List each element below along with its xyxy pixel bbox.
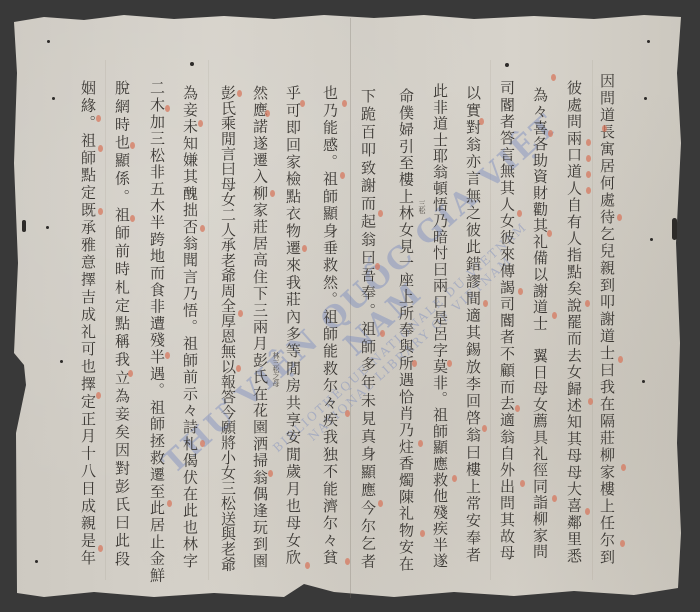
text-column-13: 為妾未知嫌其醜拙否翁聞言乃悟。祖師前示々詩札偈伏在此也林字: [182, 85, 198, 569]
text-column-7: 命僕婦引至樓上林女見一座上所奉與所遇恰肖乃炷香燭陳礼物安在: [398, 88, 414, 572]
text-column-1: 因問道長寓居何處待乞兒親到叩謝道士曰我在隔莊柳家樓上任尔到: [599, 73, 615, 566]
red-ink-mark: [128, 370, 133, 377]
red-ink-mark: [518, 288, 523, 295]
red-ink-mark: [618, 356, 623, 363]
red-ink-mark: [552, 495, 557, 502]
red-ink-mark: [551, 74, 556, 81]
red-ink-mark: [130, 142, 135, 149]
red-ink-mark: [515, 405, 520, 412]
red-ink-mark: [620, 540, 625, 547]
red-ink-mark: [621, 464, 626, 471]
text-column-16: 姻緣。祖師點定既承雅意擇吉成礼可也擇定正月十八日成親是年: [80, 80, 96, 567]
red-ink-mark: [602, 125, 607, 132]
red-ink-mark: [517, 210, 522, 217]
red-ink-mark: [200, 225, 205, 232]
red-ink-mark: [552, 312, 557, 319]
red-ink-mark: [268, 470, 273, 477]
red-ink-mark: [98, 545, 103, 552]
red-ink-mark: [165, 105, 170, 112]
text-column-5: 以實對翁亦言無之彼此錯謬間適其錫放李回啓翁曰樓上常安奉者: [465, 85, 481, 564]
red-ink-mark: [420, 530, 425, 537]
red-ink-mark: [200, 440, 205, 447]
red-ink-mark: [96, 392, 101, 399]
text-column-3: 為々喜各助資財勸其礼備以謝道士 翼日母女薦具礼徑同詣柳家問: [532, 87, 548, 560]
red-ink-mark: [452, 475, 457, 482]
red-ink-mark: [340, 172, 345, 179]
manuscript-text: 因問道長寓居何處待乞兒親到叩謝道士曰我在隔莊柳家樓上任尔到 彼處問兩口道人自有人…: [0, 0, 700, 612]
text-column-2: 彼處問兩口道人自有人指點矣說罷而去女歸述知其母母大喜鄰里悉: [566, 80, 582, 564]
text-column-4: 司閽者答言無其人女彼來傳謁司閽者不顧而去適翁自外出問其故母: [499, 80, 515, 561]
text-column-14: 二木加三松非五木半跨地而食非遭殘半遇。祖師拯救遷至此居止金鮮: [149, 80, 165, 584]
red-ink-mark: [586, 187, 591, 194]
red-ink-mark: [238, 310, 243, 317]
red-ink-mark: [548, 130, 553, 137]
red-ink-mark: [198, 120, 203, 127]
red-ink-mark: [585, 508, 590, 515]
text-column-9: 也乃能感。祖師顯身垂救然。祖師能救尔々疾我独不能濟尔々貧: [322, 85, 338, 567]
red-ink-mark: [586, 139, 591, 146]
text-column-12: 彭氏乘閒言曰母女二人承老爺周全厚恩無以報答今願將小女三松送與老爺: [220, 85, 236, 571]
red-ink-mark: [236, 365, 241, 372]
red-ink-mark: [520, 480, 525, 487]
red-ink-mark: [547, 230, 552, 237]
red-ink-mark: [305, 562, 310, 569]
red-ink-mark: [412, 360, 417, 367]
text-column-10: 乎可即回家檢點衣物遷來我莊內多等閒房共享安閒歲月也母女欣: [285, 85, 301, 567]
red-ink-mark: [98, 208, 103, 215]
red-ink-mark: [167, 500, 172, 507]
red-ink-mark: [270, 190, 275, 197]
red-ink-mark: [165, 352, 170, 359]
red-ink-mark: [300, 100, 305, 107]
red-ink-mark: [588, 398, 593, 405]
red-ink-mark: [130, 215, 135, 222]
red-ink-mark: [345, 410, 350, 417]
red-ink-mark: [585, 300, 590, 307]
red-ink-mark: [418, 440, 423, 447]
red-ink-mark: [302, 245, 307, 252]
red-ink-mark: [345, 558, 350, 565]
red-ink-mark: [375, 263, 380, 270]
red-ink-mark: [479, 118, 484, 125]
red-ink-mark: [447, 360, 452, 367]
red-ink-mark: [380, 330, 385, 337]
red-ink-mark: [378, 210, 383, 217]
red-ink-mark: [342, 100, 347, 107]
red-ink-mark: [586, 171, 591, 178]
text-column-11: 然應諾遂遷入柳家莊居高住下三兩月彭氏在花園洒掃翁偶逢玩到園: [252, 85, 268, 569]
text-column-15: 脫網時也顯係。祖師前時札定點稱我立為妾矣因對彭氏曰此段: [114, 80, 130, 569]
red-ink-mark: [482, 425, 487, 432]
text-column-6: 此非道士耶翁頓悟乃暗忖曰兩口是呂字莫非。祖師顯應救他殘疾半遂: [432, 83, 448, 569]
red-ink-mark: [265, 110, 270, 117]
red-ink-mark: [483, 300, 488, 307]
marginal-annotation: 三松: [418, 200, 426, 214]
red-ink-mark: [586, 155, 591, 162]
red-ink-mark: [378, 500, 383, 507]
red-ink-mark: [98, 145, 103, 152]
red-ink-mark: [617, 214, 622, 221]
marginal-annotation: 林三松之母: [272, 352, 280, 387]
text-column-8: 下跪百叩致謝而起翁曰吾奉。祖師多年未見真身顯應今尔乞者: [360, 88, 376, 571]
red-ink-mark: [96, 115, 101, 122]
red-ink-mark: [237, 90, 242, 97]
